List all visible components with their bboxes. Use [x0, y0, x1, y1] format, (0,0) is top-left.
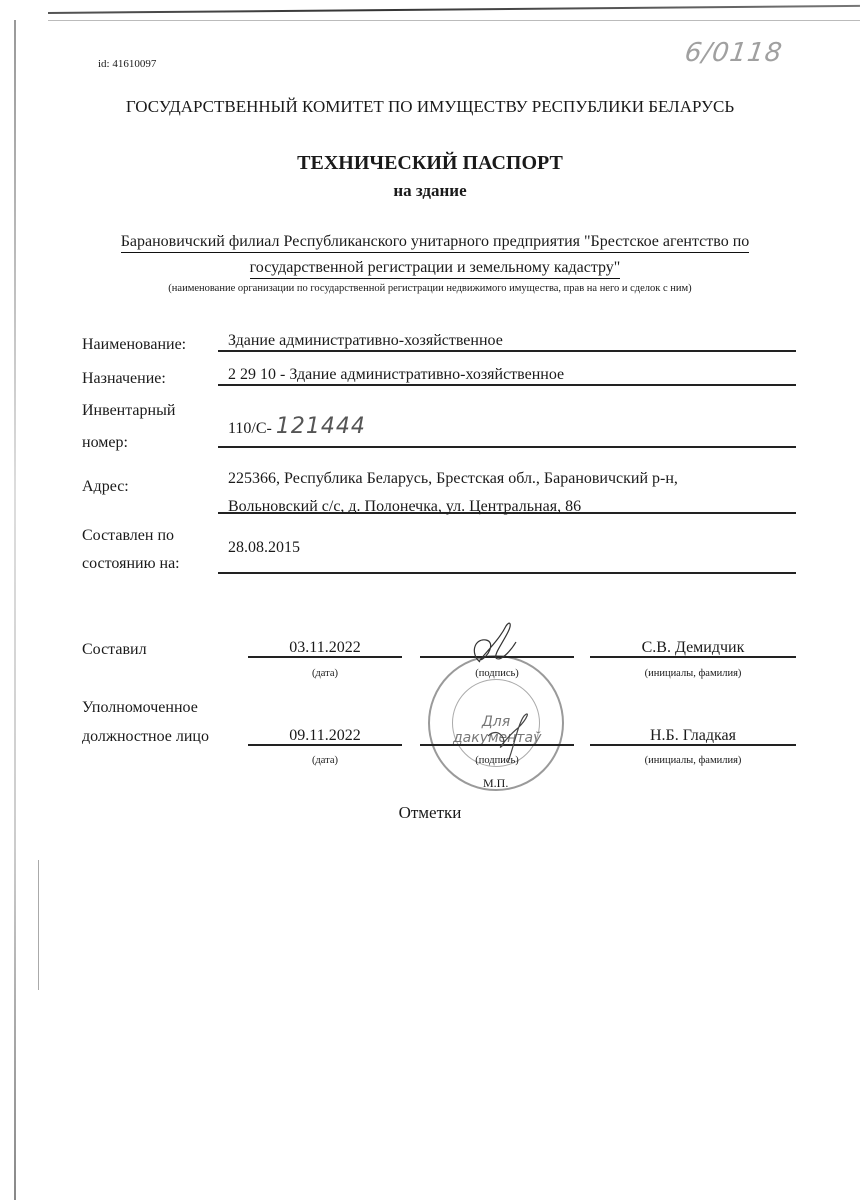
document-id: id: 41610097 — [98, 58, 156, 70]
address-line1: 225366, Республика Беларусь, Брестская о… — [228, 466, 678, 492]
name-value: Здание административно-хозяйственное — [228, 332, 503, 350]
state-date-label-line1: Составлен по — [82, 523, 180, 549]
organization-line-2: государственной регистрации и земельному… — [110, 259, 760, 279]
inventory-label-line2: номер: — [82, 430, 175, 456]
purpose-underline — [218, 384, 796, 386]
marks-heading: Отметки — [0, 803, 860, 823]
authorized-label-line1: Уполномоченное — [82, 695, 198, 721]
organization-caption: (наименование организации по государстве… — [0, 283, 860, 294]
name-underline — [218, 350, 796, 352]
inventory-underline — [218, 446, 796, 448]
compiler-date: 03.11.2022 — [248, 639, 402, 657]
handwritten-number: 6/0118 — [682, 38, 784, 68]
compiler-name: С.В. Демидчик — [590, 639, 796, 657]
authorized-signature-caption: (подпись) — [420, 755, 574, 766]
organization-line-1: Барановичский филиал Республиканского ун… — [110, 233, 760, 253]
authorized-date: 09.11.2022 — [248, 727, 402, 745]
compiler-label: Составил — [82, 637, 147, 663]
stamp-place-label: М.П. — [483, 776, 508, 791]
purpose-label: Назначение: — [82, 366, 166, 392]
inventory-label: Инвентарный номер: — [82, 398, 175, 456]
compiler-name-caption: (инициалы, фамилия) — [590, 668, 796, 679]
state-date-label: Составлен по состоянию на: — [82, 523, 180, 577]
scan-left-mark — [38, 860, 39, 990]
inventory-printed: 110/С- — [228, 420, 272, 437]
authorized-date-caption: (дата) — [248, 755, 402, 766]
authorized-name-line — [590, 744, 796, 746]
address-label: Адрес: — [82, 474, 129, 500]
authorized-name: Н.Б. Гладкая — [590, 727, 796, 745]
scan-top-edge-line — [48, 20, 860, 21]
name-label: Наименование: — [82, 332, 186, 358]
scan-top-edge — [48, 5, 860, 14]
document-title: ТЕХНИЧЕСКИЙ ПАСПОРТ — [0, 152, 860, 175]
authorized-name-caption: (инициалы, фамилия) — [590, 755, 796, 766]
authorized-date-line — [248, 744, 402, 746]
state-date-underline — [218, 572, 796, 574]
compiler-signature-caption: (подпись) — [420, 668, 574, 679]
authorized-label-line2: должностное лицо — [82, 724, 209, 750]
purpose-value: 2 29 10 - Здание административно-хозяйст… — [228, 366, 564, 384]
compiler-date-line — [248, 656, 402, 658]
committee-heading: ГОСУДАРСТВЕННЫЙ КОМИТЕТ ПО ИМУЩЕСТВУ РЕС… — [0, 97, 860, 117]
document-subtitle: на здание — [0, 181, 860, 201]
address-line2: Вольновский с/с, д. Полонечка, ул. Центр… — [228, 494, 678, 520]
inventory-value: 110/С-121444 — [228, 414, 366, 439]
compiler-signature — [466, 618, 526, 674]
inventory-handwritten: 121444 — [276, 414, 366, 439]
compiler-name-line — [590, 656, 796, 658]
address-underline — [218, 512, 796, 514]
inventory-label-line1: Инвентарный — [82, 398, 175, 424]
compiler-date-caption: (дата) — [248, 668, 402, 679]
state-date-label-line2: состоянию на: — [82, 551, 180, 577]
state-date-value: 28.08.2015 — [228, 539, 300, 557]
